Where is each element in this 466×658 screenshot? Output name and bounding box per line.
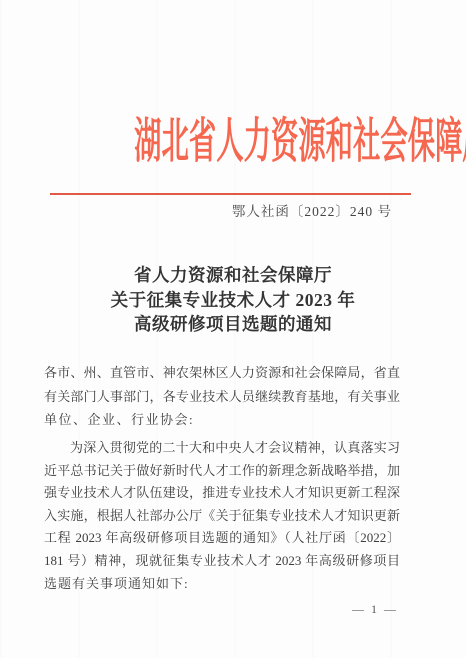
body-line-2: 近平总书记关于做好新时代人才工作的新理念新战略举措，加: [44, 460, 400, 483]
recipient-line-1: 各市、州、直管市、神农架林区人力资源和社会保障局，省直: [44, 361, 400, 385]
recipients-block: 各市、州、直管市、神农架林区人力资源和社会保障局，省直 有关部门人事部门，各专业…: [44, 361, 400, 432]
body-line-3: 强专业技术人才队伍建设，推进专业技术人才知识更新工程深: [44, 482, 400, 505]
body-paragraph: 为深入贯彻党的二十大和中央人才会议精神，认真落实习 近平总书记关于做好新时代人才…: [44, 437, 400, 595]
notice-title-line-3: 高级研修项目选题的通知: [0, 312, 466, 337]
notice-title: 省人力资源和社会保障厅 关于征集专业技术人才 2023 年 高级研修项目选题的通…: [0, 263, 466, 337]
letterhead-title-text: 湖北省人力资源和社会保障厅: [134, 114, 466, 170]
body-line-7: 选题有关事项通知如下:: [44, 573, 400, 596]
document-number: 鄂人社函〔2022〕240 号: [232, 200, 392, 220]
red-separator-line: [50, 193, 411, 195]
letterhead-title: 湖北省人力资源和社会保障厅: [0, 114, 466, 181]
body-line-5: 工程 2023 年高级研修项目选题的通知》（人社厅函〔2022〕: [44, 527, 400, 550]
notice-title-line-2: 关于征集专业技术人才 2023 年: [0, 288, 466, 313]
notice-title-line-1: 省人力资源和社会保障厅: [0, 263, 466, 288]
body-line-4: 入实施，根据人社部办公厅《关于征集专业技术人才知识更新: [44, 505, 400, 528]
body-line-6: 181 号）精神，现就征集专业技术人才 2023 年高级研修项目: [44, 550, 400, 573]
page-number: — 1 —: [352, 602, 398, 617]
scanned-notice-page: 湖北省人力资源和社会保障厅 鄂人社函〔2022〕240 号 省人力资源和社会保障…: [0, 0, 466, 658]
recipient-line-2: 有关部门人事部门，各专业技术人员继续教育基地，有关事业: [44, 385, 400, 409]
body-line-1: 为深入贯彻党的二十大和中央人才会议精神，认真落实习: [44, 437, 400, 460]
recipient-line-3: 单位、企业、行业协会:: [44, 408, 400, 432]
